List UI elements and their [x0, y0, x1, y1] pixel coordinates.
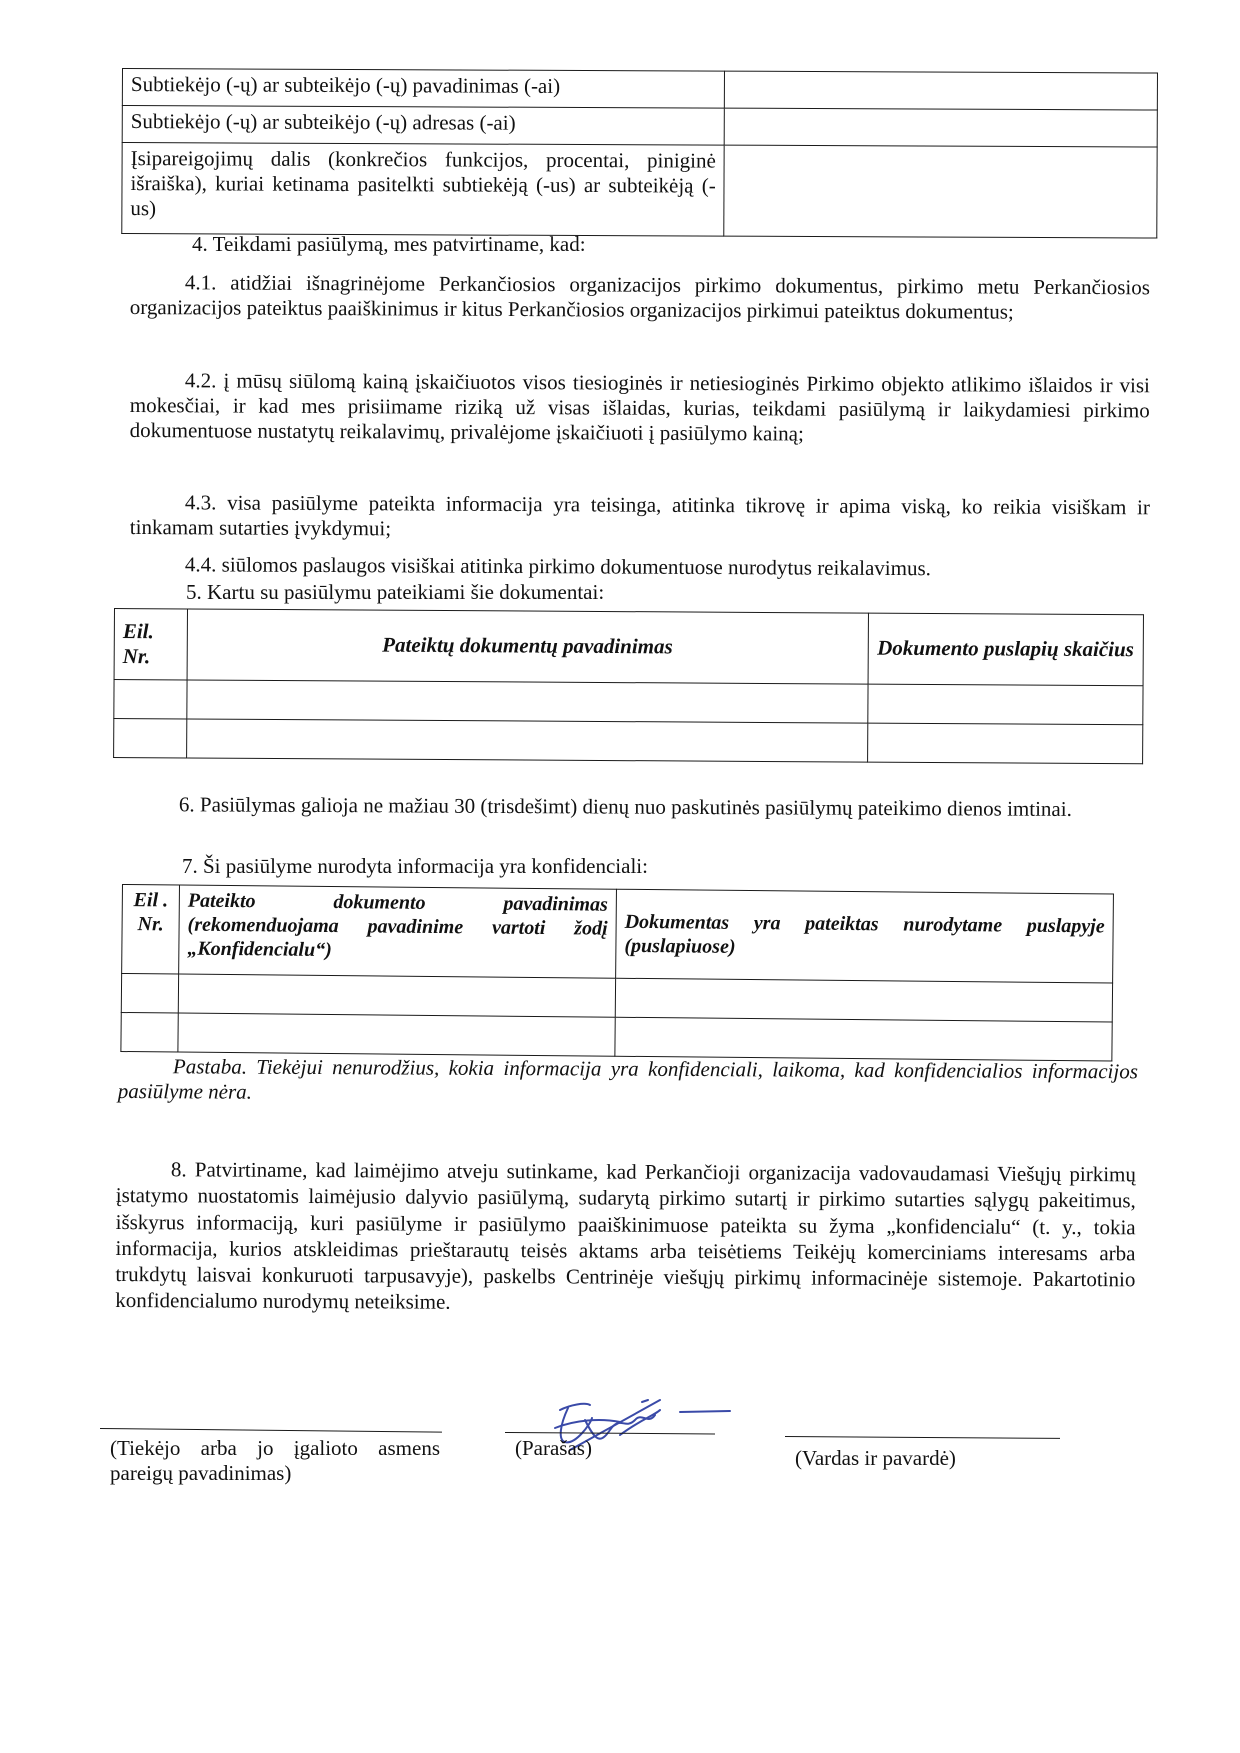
cell-page-location [615, 978, 1112, 1022]
cell-document-name [178, 974, 615, 1017]
name-label: (Vardas ir pavardė) [795, 1446, 956, 1471]
section7-intro: 7. Ši pasiūlyme nurodyta informacija yra… [182, 854, 1082, 879]
document-page: Subtiekėjo (-ų) ar subteikėjo (-ų) pavad… [0, 0, 1240, 1753]
submitted-documents-table: Eil. Nr. Pateiktų dokumentų pavadinimas … [113, 608, 1144, 764]
col-header-document-name: Pateiktų dokumentų pavadinimas [187, 609, 868, 684]
subcontractor-share-value [724, 145, 1157, 238]
position-line [100, 1428, 442, 1433]
table-row: Subtiekėjo (-ų) ar subteikėjo (-ų) adres… [122, 106, 1157, 148]
signature-label: (Parašas) [515, 1436, 592, 1461]
cell-document-name [187, 680, 868, 723]
table-row [114, 680, 1143, 725]
cell-number [121, 974, 178, 1014]
section5-intro: 5. Kartu su pasiūlymu pateikiami šie dok… [186, 580, 1086, 605]
section4-item-4: 4.4. siūlomos paslaugos visiškai atitink… [130, 552, 1150, 583]
confidential-info-table: Eil . Nr. Pateikto dokumento pavadinimas… [120, 884, 1114, 1062]
table-row: Įsipareigojimų dalis (konkrečios funkcij… [122, 143, 1157, 239]
subcontractor-table: Subtiekėjo (-ų) ar subteikėjo (-ų) pavad… [121, 68, 1158, 239]
section8-text: 8. Patvirtiname, kad laimėjimo atveju su… [115, 1156, 1136, 1319]
subcontractor-address-label: Subtiekėjo (-ų) ar subteikėjo (-ų) adres… [122, 106, 724, 146]
cell-number [121, 1012, 178, 1052]
col-header-number: Eil. Nr. [114, 609, 187, 680]
subcontractor-name-label: Subtiekėjo (-ų) ar subteikėjo (-ų) pavad… [122, 69, 724, 109]
section4-item-3: 4.3. visa pasiūlyme pateikta informacija… [130, 490, 1150, 546]
position-label: (Tiekėjo arba jo įgalioto asmens pareigų… [110, 1436, 440, 1486]
section4-item-2: 4.2. į mūsų siūlomą kainą įskaičiuotos v… [130, 368, 1150, 449]
table-header-row: Eil. Nr. Pateiktų dokumentų pavadinimas … [114, 609, 1143, 686]
name-line [785, 1436, 1060, 1439]
col-header-page-location: Dokumentas yra pateiktas nurodytame pusl… [616, 889, 1114, 983]
table-row [121, 1012, 1112, 1061]
cell-document-name [186, 719, 867, 762]
cell-page-count [867, 684, 1143, 725]
cell-document-name [178, 1013, 615, 1056]
section4-item-1: 4.1. atidžiai išnagrinėjome Perkančiosio… [130, 270, 1150, 326]
cell-number [114, 719, 187, 758]
table-header-row: Eil . Nr. Pateikto dokumento pavadinimas… [122, 885, 1114, 984]
subcontractor-share-label: Įsipareigojimų dalis (konkrečios funkcij… [122, 143, 725, 237]
section7-note: Pastaba. Tiekėjui nenurodžius, kokia inf… [118, 1054, 1138, 1110]
section4-intro: 4. Teikdami pasiūlymą, mes patvirtiname,… [192, 232, 1092, 257]
col-header-number: Eil . Nr. [122, 885, 180, 975]
cell-number [114, 680, 187, 719]
table-row [114, 719, 1143, 764]
col-header-document-name: Pateikto dokumento pavadinimas (rekomend… [179, 885, 617, 978]
cell-page-count [867, 723, 1143, 764]
subcontractor-address-value [724, 108, 1157, 147]
table-row: Subtiekėjo (-ų) ar subteikėjo (-ų) pavad… [122, 69, 1157, 111]
col-header-page-count: Dokumento puslapių skaičius [868, 613, 1144, 686]
subcontractor-name-value [725, 71, 1158, 110]
section6-text: 6. Pasiūlymas galioja ne mažiau 30 (tris… [124, 792, 1124, 822]
cell-page-location [615, 1017, 1112, 1061]
